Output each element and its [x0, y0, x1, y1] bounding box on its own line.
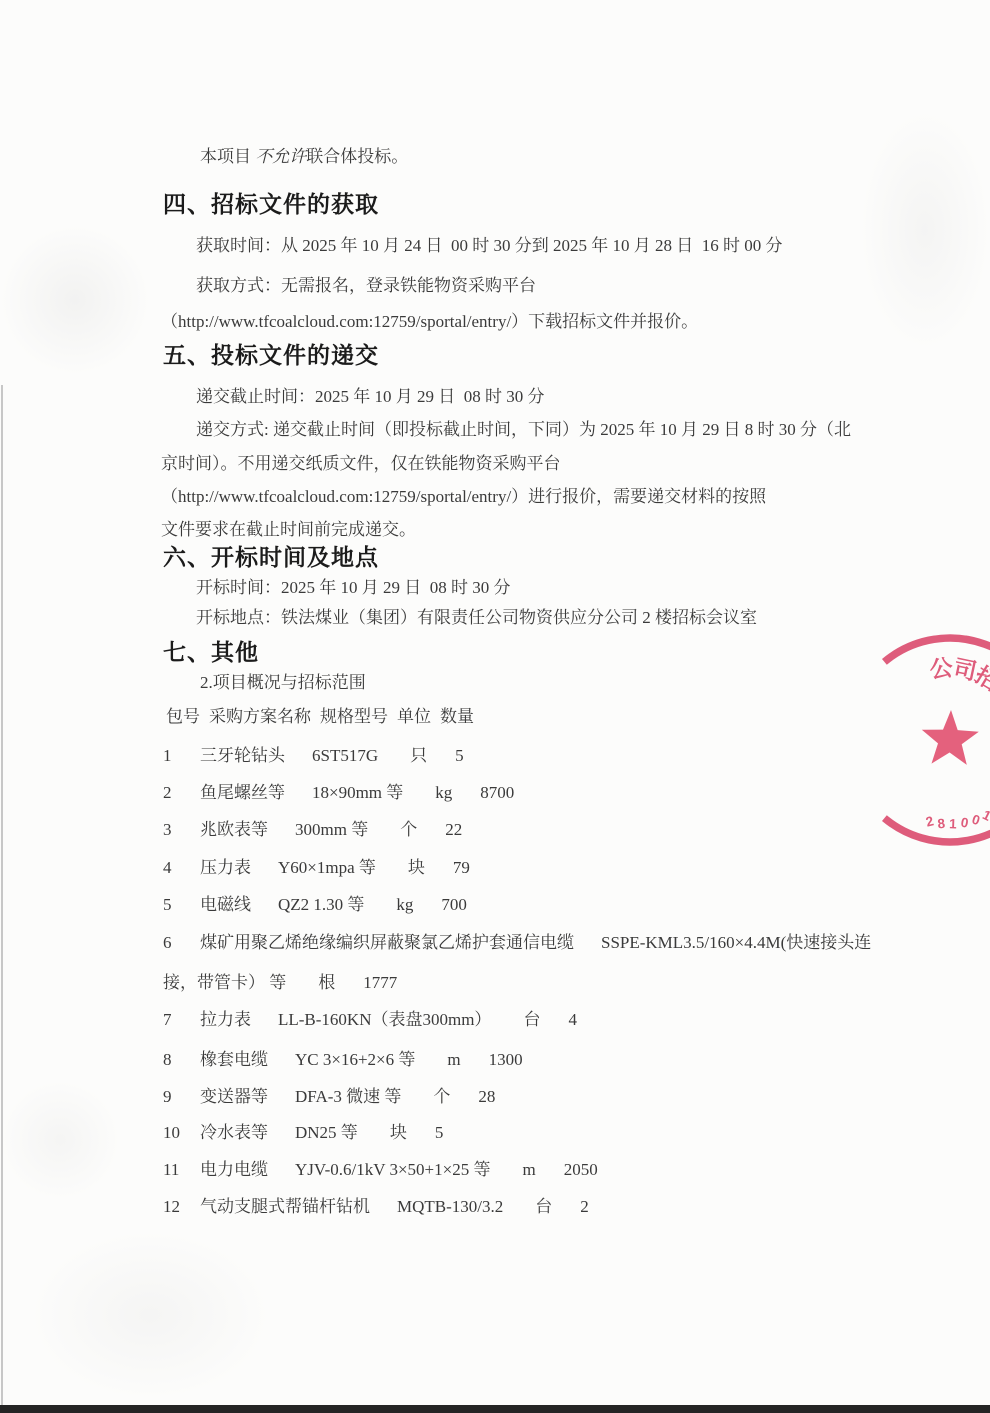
item-no: 6 — [163, 923, 186, 963]
item-spec: 6ST517G — [312, 746, 378, 765]
item-unit: 台 — [523, 1010, 540, 1029]
item-name: 变送器等 — [200, 1087, 268, 1106]
col-header-name: 采购方案名称 — [209, 707, 311, 726]
item-unit: 台 — [535, 1197, 552, 1216]
body-line: 递交截止时间：2025 年 10 月 29 日 08 时 30 分 — [196, 384, 545, 410]
item-unit: 个 — [400, 820, 417, 839]
table-row: 12气动支腿式帮锚杆钻机MQTB-130/3.2台2 — [163, 1195, 589, 1219]
section-heading-7: 七、其他 — [163, 638, 259, 668]
body-line-url: （http://www.tfcoalcloud.com:12759/sporta… — [161, 309, 698, 335]
item-name: 煤矿用聚乙烯绝缘编织屏蔽聚氯乙烯护套通信电缆 — [200, 933, 574, 952]
item-unit: 块 — [408, 858, 425, 877]
item-qty: 700 — [441, 895, 467, 914]
item-spec: 300mm 等 — [295, 820, 368, 839]
section-heading-5: 五、投标文件的递交 — [163, 341, 379, 371]
item-unit: m — [447, 1050, 460, 1069]
item-no: 8 — [163, 1048, 200, 1072]
seal-serial-digit: 0 — [960, 815, 970, 831]
item-spec: MQTB-130/3.2 — [397, 1197, 503, 1216]
item-spec: QZ2 1.30 等 — [278, 895, 364, 914]
item-qty: 5 — [455, 746, 464, 765]
item-no: 5 — [163, 893, 200, 917]
section-heading-4: 四、招标文件的获取 — [163, 190, 379, 220]
table-row: 10冷水表等DN25 等块5 — [163, 1121, 443, 1145]
scan-left-edge-line — [1, 385, 3, 1413]
seal-serial-digit: 1 — [980, 807, 990, 824]
item-unit: m — [522, 1160, 535, 1179]
item-qty: 79 — [453, 858, 470, 877]
table-row: 5电磁线QZ2 1.30 等kg700 — [163, 893, 467, 917]
item-qty: 1777 — [363, 973, 397, 992]
table-row: 2鱼尾螺丝等18×90mm 等kg8700 — [163, 781, 514, 805]
item-spec: LL-B-160KN（表盘300mm） — [278, 1010, 491, 1029]
body-line: 开标地点：铁法煤业（集团）有限责任公司物资供应分公司 2 楼招标会议室 — [196, 605, 757, 631]
star-icon — [922, 710, 979, 765]
item-spec: Y60×1mpa 等 — [278, 858, 376, 877]
intro-prefix: 本项目 — [200, 147, 255, 166]
table-header: 包号采购方案名称规格型号单位数量 — [166, 704, 483, 730]
body-line-url: （http://www.tfcoalcloud.com:12759/sporta… — [161, 484, 766, 510]
table-row: 3兆欧表等300mm 等个22 — [163, 818, 462, 842]
item-name: 橡套电缆 — [200, 1050, 268, 1069]
item-qty: 22 — [445, 820, 462, 839]
item-qty: 2050 — [564, 1160, 598, 1179]
company-tender-seal-stamp: 公 司 招 标 2 8 1 0 0 1 0 — [830, 598, 990, 888]
item-no: 10 — [163, 1121, 200, 1145]
item-no: 2 — [163, 781, 200, 805]
item-name: 气动支腿式帮锚杆钻机 — [200, 1197, 370, 1216]
item-name: 电磁线 — [200, 895, 251, 914]
item-name: 鱼尾螺丝等 — [200, 783, 285, 802]
item-spec: YC 3×16+2×6 等 — [295, 1050, 415, 1069]
table-row: 11电力电缆YJV-0.6/1kV 3×50+1×25 等m2050 — [163, 1158, 598, 1182]
item-qty: 1300 — [489, 1050, 523, 1069]
item-name: 压力表 — [200, 858, 251, 877]
item-unit: kg — [435, 783, 452, 802]
scan-smudge — [860, 110, 990, 350]
body-line: 京时间）。不用递交纸质文件，仅在铁能物资采购平台 — [161, 451, 561, 477]
item-no: 4 — [163, 856, 200, 880]
item-spec: YJV-0.6/1kV 3×50+1×25 等 — [295, 1160, 490, 1179]
item-spec: DFA-3 微速 等 — [295, 1087, 401, 1106]
scan-smudge — [0, 225, 150, 375]
body-line: 2.项目概况与招标范围 — [200, 670, 366, 696]
item-name: 三牙轮钻头 — [200, 746, 285, 765]
scan-smudge — [0, 1080, 120, 1200]
item-spec: DN25 等 — [295, 1123, 358, 1142]
section-heading-6: 六、开标时间及地点 — [163, 543, 379, 573]
item-name: 冷水表等 — [200, 1123, 268, 1142]
item-no: 9 — [163, 1085, 200, 1109]
table-row: 8橡套电缆YC 3×16+2×6 等m1300 — [163, 1048, 523, 1072]
item-qty: 8700 — [480, 783, 514, 802]
item-no: 11 — [163, 1158, 200, 1182]
table-row: 1三牙轮钻头6ST517G只5 — [163, 744, 464, 768]
body-line: 获取方式：无需报名，登录铁能物资采购平台 — [196, 273, 536, 299]
item-unit: 个 — [433, 1087, 450, 1106]
table-row: 6煤矿用聚乙烯绝缘编织屏蔽聚氯乙烯护套通信电缆SSPE-KML3.5/160×4… — [163, 923, 895, 1003]
table-row: 4压力表Y60×1mpa 等块79 — [163, 856, 470, 880]
table-row: 7拉力表LL-B-160KN（表盘300mm）台4 — [163, 1008, 577, 1032]
item-qty: 28 — [478, 1087, 495, 1106]
item-no: 1 — [163, 744, 200, 768]
item-unit: 块 — [390, 1123, 407, 1142]
item-unit: 只 — [410, 746, 427, 765]
scan-smudge — [30, 1230, 270, 1400]
col-header-no: 包号 — [166, 707, 200, 726]
table-row: 9变送器等DFA-3 微速 等个28 — [163, 1085, 495, 1109]
intro-line: 本项目 不允许联合体投标。 — [200, 144, 408, 170]
col-header-spec: 规格型号 — [320, 707, 388, 726]
item-name: 兆欧表等 — [200, 820, 268, 839]
body-line: 开标时间：2025 年 10 月 29 日 08 时 30 分 — [196, 575, 511, 601]
body-line: 文件要求在截止时间前完成递交。 — [161, 517, 416, 543]
document-page: 本项目 不允许联合体投标。 四、招标文件的获取 获取时间：从 2025 年 10… — [0, 0, 990, 1413]
item-spec: 18×90mm 等 — [312, 783, 403, 802]
col-header-unit: 单位 — [397, 707, 431, 726]
seal-serial-digit: 8 — [937, 816, 947, 832]
item-name: 电力电缆 — [200, 1160, 268, 1179]
scan-bottom-edge-band — [0, 1405, 990, 1413]
seal-arc-char: 公 — [928, 654, 954, 683]
item-qty: 2 — [580, 1197, 589, 1216]
body-line: 获取时间：从 2025 年 10 月 24 日 00 时 30 分到 2025 … — [196, 233, 783, 259]
item-qty: 4 — [568, 1010, 577, 1029]
item-no: 12 — [163, 1195, 200, 1219]
seal-serial-digit: 2 — [924, 813, 935, 829]
seal-svg: 公 司 招 标 2 8 1 0 0 1 0 — [830, 598, 990, 888]
item-name: 拉力表 — [200, 1010, 251, 1029]
body-line: 递交方式: 递交截止时间（即投标截止时间，下同）为 2025 年 10 月 29… — [196, 417, 851, 443]
item-qty: 5 — [435, 1123, 444, 1142]
item-unit: 根 — [318, 973, 335, 992]
intro-suffix: 联合体投标。 — [306, 147, 408, 166]
col-header-qty: 数量 — [440, 707, 474, 726]
seal-serial-digit: 1 — [949, 816, 958, 831]
item-no: 3 — [163, 818, 200, 842]
intro-emphasis: 不允许 — [255, 147, 306, 166]
item-unit: kg — [396, 895, 413, 914]
item-no: 7 — [163, 1008, 200, 1032]
